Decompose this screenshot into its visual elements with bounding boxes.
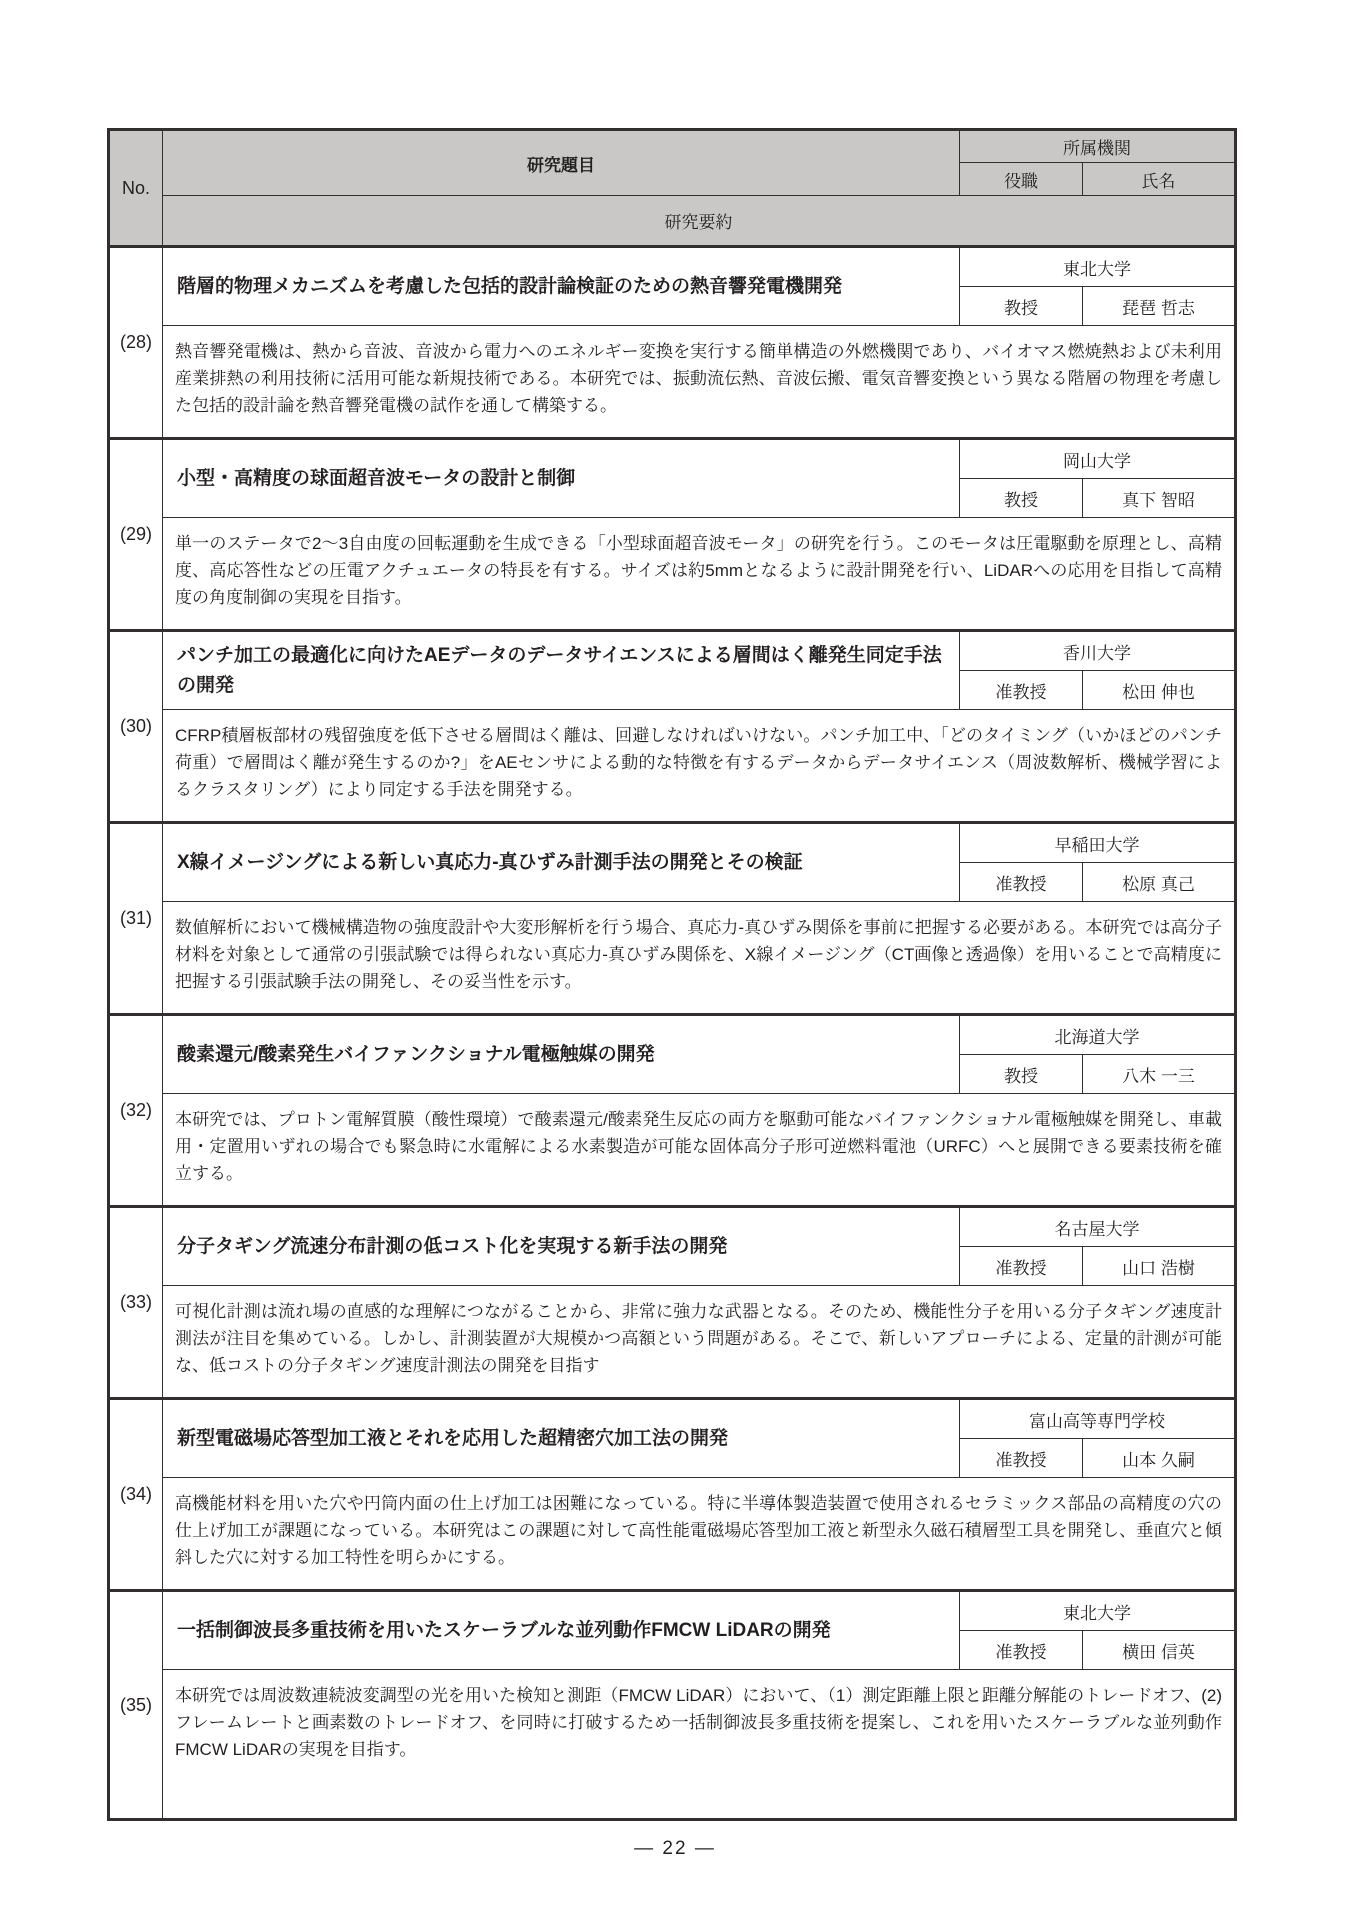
row-position-name: 准教授 松原 真己: [960, 863, 1234, 901]
row-title: X線イメージングによる新しい真応力-真ひずみ計測手法の開発とその検証: [163, 824, 960, 901]
row-institution: 東北大学: [960, 248, 1234, 287]
row-top: 分子タギング流速分布計測の低コスト化を実現する新手法の開発 名古屋大学 准教授 …: [163, 1208, 1234, 1286]
row-title: 分子タギング流速分布計測の低コスト化を実現する新手法の開発: [163, 1208, 960, 1285]
header-affiliation-block: 所属機関 役職 氏名: [960, 131, 1234, 195]
row-summary: CFRP積層板部材の残留強度を低下させる層間はく離は、回避しなければいけない。パ…: [163, 710, 1234, 821]
row-no: (33): [110, 1208, 163, 1397]
row-no: (35): [110, 1592, 163, 1818]
header-summary: 研究要約: [163, 196, 1234, 245]
row-top: 酸素還元/酸素発生バイファンクショナル電極触媒の開発 北海道大学 教授 八木 一…: [163, 1016, 1234, 1094]
page-number: — 22 —: [0, 1838, 1350, 1860]
row-institution: 早稲田大学: [960, 824, 1234, 863]
row-body: 一括制御波長多重技術を用いたスケーラブルな並列動作FMCW LiDARの開発 東…: [163, 1592, 1234, 1818]
row-title: パンチ加工の最適化に向けたAEデータのデータサイエンスによる層間はく離発生同定手…: [163, 632, 960, 709]
row-institution: 富山高等専門学校: [960, 1400, 1234, 1439]
row-no: (31): [110, 824, 163, 1013]
row-summary: 本研究では、プロトン電解質膜（酸性環境）で酸素還元/酸素発生反応の両方を駆動可能…: [163, 1094, 1234, 1205]
row-position-name: 教授 真下 智昭: [960, 479, 1234, 517]
row-title: 階層的物理メカニズムを考慮した包括的設計論検証のための熱音響発電機開発: [163, 248, 960, 325]
row-body: 小型・高精度の球面超音波モータの設計と制御 岡山大学 教授 真下 智昭 単一のス…: [163, 440, 1234, 629]
row-no: (32): [110, 1016, 163, 1205]
row-affiliation-block: 早稲田大学 准教授 松原 真己: [960, 824, 1234, 901]
row-summary: 熱音響発電機は、熱から音波、音波から電力へのエネルギー変換を実行する簡単構造の外…: [163, 326, 1234, 437]
row-summary: 数値解析において機械構造物の強度設計や大変形解析を行う場合、真応力-真ひずみ関係…: [163, 902, 1234, 1013]
row-name: 山口 浩樹: [1083, 1247, 1234, 1285]
row-position: 教授: [960, 287, 1083, 325]
row-no: (29): [110, 440, 163, 629]
row-title: 新型電磁場応答型加工液とそれを応用した超精密穴加工法の開発: [163, 1400, 960, 1477]
row-position-name: 教授 琵琶 哲志: [960, 287, 1234, 325]
row-name: 琵琶 哲志: [1083, 287, 1234, 325]
row-title: 酸素還元/酸素発生バイファンクショナル電極触媒の開発: [163, 1016, 960, 1093]
row-affiliation-block: 東北大学 准教授 横田 信英: [960, 1592, 1234, 1669]
row-institution: 東北大学: [960, 1592, 1234, 1631]
row-institution: 岡山大学: [960, 440, 1234, 479]
row-affiliation-block: 香川大学 准教授 松田 伸也: [960, 632, 1234, 709]
row-body: X線イメージングによる新しい真応力-真ひずみ計測手法の開発とその検証 早稲田大学…: [163, 824, 1234, 1013]
table-row: (33) 分子タギング流速分布計測の低コスト化を実現する新手法の開発 名古屋大学…: [110, 1205, 1234, 1397]
row-position-name: 教授 八木 一三: [960, 1055, 1234, 1093]
row-position: 准教授: [960, 863, 1083, 901]
row-position: 教授: [960, 1055, 1083, 1093]
row-top: 小型・高精度の球面超音波モータの設計と制御 岡山大学 教授 真下 智昭: [163, 440, 1234, 518]
table-row: (35) 一括制御波長多重技術を用いたスケーラブルな並列動作FMCW LiDAR…: [110, 1589, 1234, 1818]
row-name: 松原 真己: [1083, 863, 1234, 901]
row-title: 小型・高精度の球面超音波モータの設計と制御: [163, 440, 960, 517]
row-top: パンチ加工の最適化に向けたAEデータのデータサイエンスによる層間はく離発生同定手…: [163, 632, 1234, 710]
row-summary: 可視化計測は流れ場の直感的な理解につながることから、非常に強力な武器となる。その…: [163, 1286, 1234, 1397]
header-institution: 所属機関: [960, 131, 1234, 163]
table-row: (34) 新型電磁場応答型加工液とそれを応用した超精密穴加工法の開発 富山高等専…: [110, 1397, 1234, 1589]
row-body: 新型電磁場応答型加工液とそれを応用した超精密穴加工法の開発 富山高等専門学校 准…: [163, 1400, 1234, 1589]
row-institution: 名古屋大学: [960, 1208, 1234, 1247]
row-body: 酸素還元/酸素発生バイファンクショナル電極触媒の開発 北海道大学 教授 八木 一…: [163, 1016, 1234, 1205]
header-position-name-row: 役職 氏名: [960, 163, 1234, 195]
row-name: 横田 信英: [1083, 1631, 1234, 1669]
row-title: 一括制御波長多重技術を用いたスケーラブルな並列動作FMCW LiDARの開発: [163, 1592, 960, 1669]
row-body: 分子タギング流速分布計測の低コスト化を実現する新手法の開発 名古屋大学 准教授 …: [163, 1208, 1234, 1397]
header-main: 研究題目 所属機関 役職 氏名 研究要約: [163, 131, 1234, 245]
row-summary: 単一のステータで2～3自由度の回転運動を生成できる「小型球面超音波モータ」の研究…: [163, 518, 1234, 629]
row-institution: 北海道大学: [960, 1016, 1234, 1055]
row-affiliation-block: 名古屋大学 准教授 山口 浩樹: [960, 1208, 1234, 1285]
header-name: 氏名: [1083, 163, 1234, 195]
row-name: 真下 智昭: [1083, 479, 1234, 517]
row-name: 山本 久嗣: [1083, 1439, 1234, 1477]
row-top: X線イメージングによる新しい真応力-真ひずみ計測手法の開発とその検証 早稲田大学…: [163, 824, 1234, 902]
row-position-name: 准教授 松田 伸也: [960, 671, 1234, 709]
row-position: 准教授: [960, 1631, 1083, 1669]
header-research-title: 研究題目: [163, 131, 960, 195]
row-position-name: 准教授 横田 信英: [960, 1631, 1234, 1669]
row-position-name: 准教授 山本 久嗣: [960, 1439, 1234, 1477]
row-institution: 香川大学: [960, 632, 1234, 671]
row-name: 八木 一三: [1083, 1055, 1234, 1093]
row-affiliation-block: 東北大学 教授 琵琶 哲志: [960, 248, 1234, 325]
table-row: (30) パンチ加工の最適化に向けたAEデータのデータサイエンスによる層間はく離…: [110, 629, 1234, 821]
row-no: (34): [110, 1400, 163, 1589]
row-summary: 本研究では周波数連続波変調型の光を用いた検知と測距（FMCW LiDAR）におい…: [163, 1670, 1234, 1818]
row-affiliation-block: 富山高等専門学校 准教授 山本 久嗣: [960, 1400, 1234, 1477]
research-projects-table: No. 研究題目 所属機関 役職 氏名 研究要約 (28) 階層的物理メカニズム…: [107, 128, 1237, 1821]
row-affiliation-block: 北海道大学 教授 八木 一三: [960, 1016, 1234, 1093]
row-position: 准教授: [960, 1439, 1083, 1477]
header-position: 役職: [960, 163, 1083, 195]
row-top: 階層的物理メカニズムを考慮した包括的設計論検証のための熱音響発電機開発 東北大学…: [163, 248, 1234, 326]
row-name: 松田 伸也: [1083, 671, 1234, 709]
table-row: (31) X線イメージングによる新しい真応力-真ひずみ計測手法の開発とその検証 …: [110, 821, 1234, 1013]
row-body: 階層的物理メカニズムを考慮した包括的設計論検証のための熱音響発電機開発 東北大学…: [163, 248, 1234, 437]
row-position: 准教授: [960, 1247, 1083, 1285]
row-position: 教授: [960, 479, 1083, 517]
row-affiliation-block: 岡山大学 教授 真下 智昭: [960, 440, 1234, 517]
header-row-top: 研究題目 所属機関 役職 氏名: [163, 131, 1234, 196]
row-position-name: 准教授 山口 浩樹: [960, 1247, 1234, 1285]
table-row: (32) 酸素還元/酸素発生バイファンクショナル電極触媒の開発 北海道大学 教授…: [110, 1013, 1234, 1205]
header-no: No.: [110, 131, 163, 245]
row-top: 新型電磁場応答型加工液とそれを応用した超精密穴加工法の開発 富山高等専門学校 准…: [163, 1400, 1234, 1478]
row-no: (30): [110, 632, 163, 821]
row-body: パンチ加工の最適化に向けたAEデータのデータサイエンスによる層間はく離発生同定手…: [163, 632, 1234, 821]
row-summary: 高機能材料を用いた穴や円筒内面の仕上げ加工は困難になっている。特に半導体製造装置…: [163, 1478, 1234, 1589]
row-position: 准教授: [960, 671, 1083, 709]
table-row: (29) 小型・高精度の球面超音波モータの設計と制御 岡山大学 教授 真下 智昭…: [110, 437, 1234, 629]
table-row: (28) 階層的物理メカニズムを考慮した包括的設計論検証のための熱音響発電機開発…: [110, 245, 1234, 437]
row-top: 一括制御波長多重技術を用いたスケーラブルな並列動作FMCW LiDARの開発 東…: [163, 1592, 1234, 1670]
table-header: No. 研究題目 所属機関 役職 氏名 研究要約: [110, 131, 1234, 245]
row-no: (28): [110, 248, 163, 437]
